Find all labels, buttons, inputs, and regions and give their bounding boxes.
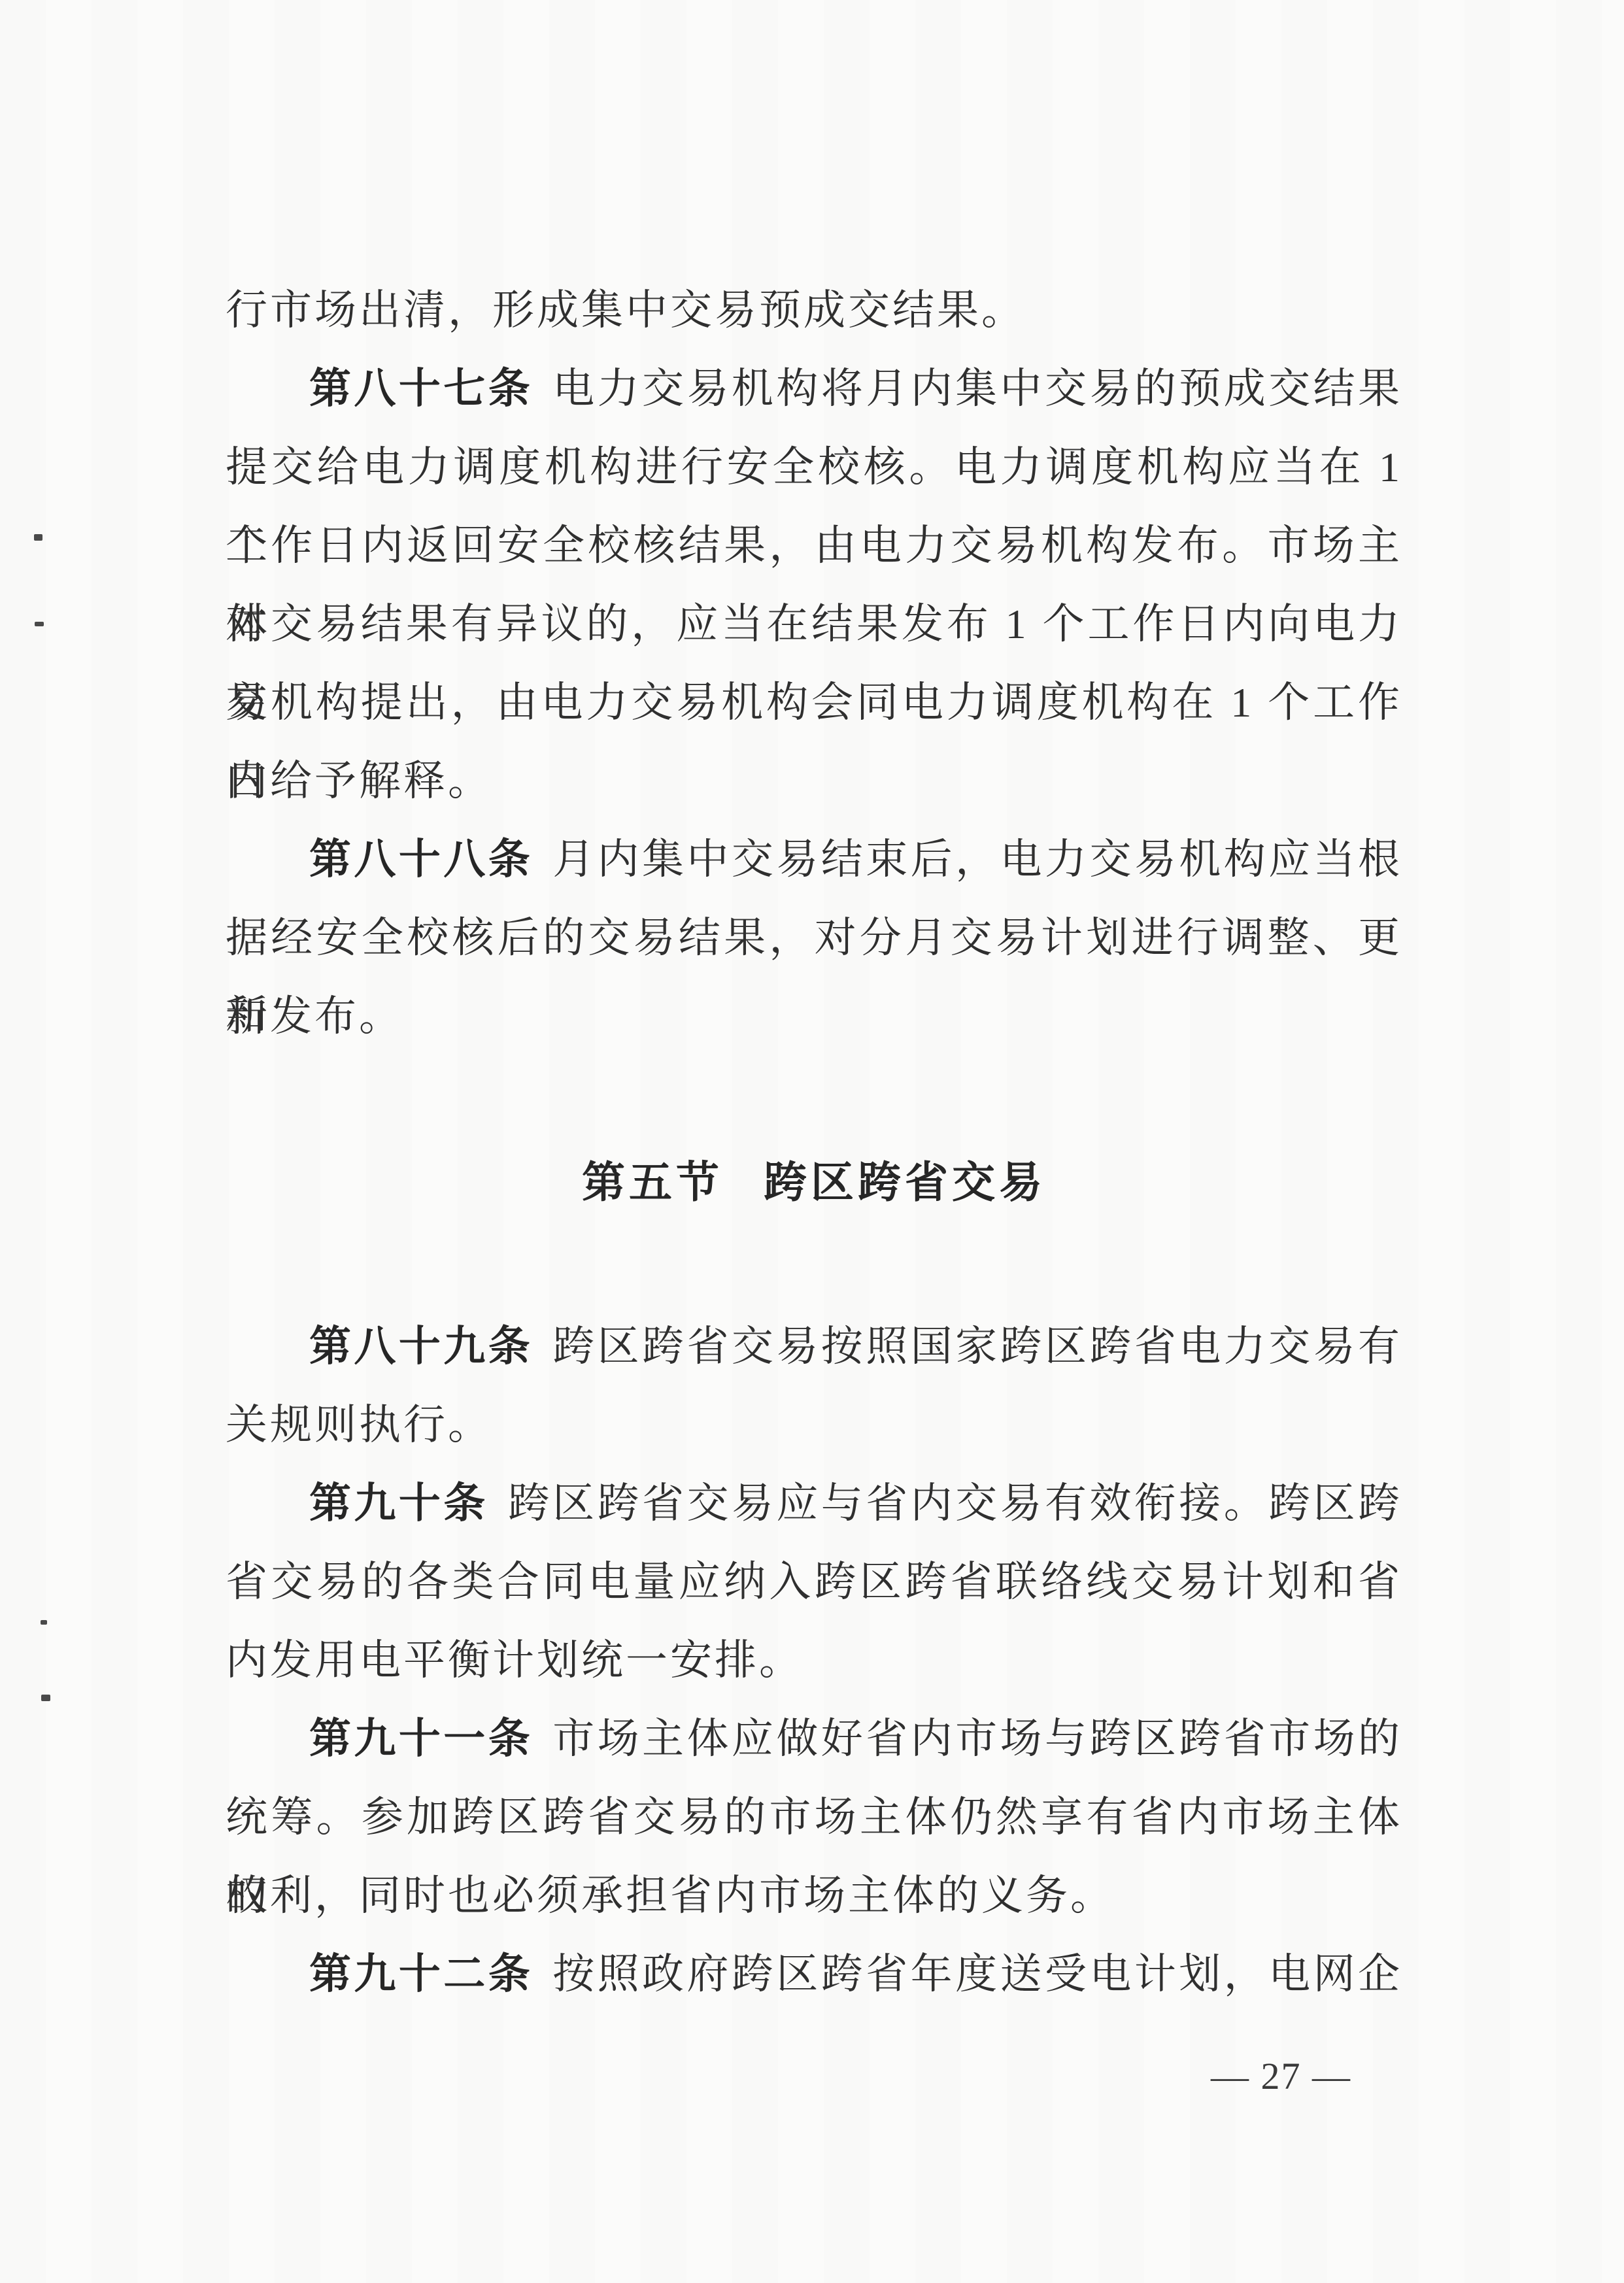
section-number: 第五节 (582, 1159, 723, 1207)
text-column: 行市场出清，形成集中交易预成交结果。 第八十七条电力交易机构将月内集中交易的预成… (226, 271, 1402, 2014)
document-page: 行市场出清，形成集中交易预成交结果。 第八十七条电力交易机构将月内集中交易的预成… (0, 0, 1624, 2283)
line-text: 电力交易机构将月内集中交易的预成交结果 (552, 365, 1402, 412)
article-number: 第九十条 (309, 1480, 488, 1527)
line-text: 按照政府跨区跨省年度送受电计划，电网企 (552, 1951, 1402, 1997)
article-number: 第八十七条 (309, 365, 533, 412)
line-text: 内发用电平衡计划统一安排。 (226, 1637, 804, 1683)
line-text: 内给予解释。 (226, 758, 492, 804)
text-line: 行市场出清，形成集中交易预成交结果。 (226, 271, 1402, 350)
page-number: — 27 — (1211, 2057, 1351, 2096)
text-line: 第八十七条电力交易机构将月内集中交易的预成交结果 (226, 350, 1402, 428)
line-text: 跨区跨省交易应与省内交易有效衔接。跨区跨 (508, 1480, 1402, 1527)
text-line: 第九十二条按照政府跨区跨省年度送受电计划，电网企 (226, 1935, 1402, 2014)
text-line: 内发用电平衡计划统一安排。 (226, 1621, 1402, 1700)
vertical-gap (226, 1223, 1402, 1308)
text-line: 对交易结果有异议的，应当在结果发布 1 个工作日内向电力交 (226, 585, 1402, 664)
line-text: 月内集中交易结束后，电力交易机构应当根 (552, 836, 1402, 883)
text-line: 内给予解释。 (226, 742, 1402, 820)
text-line: 和发布。 (226, 977, 1402, 1056)
line-text: 跨区跨省交易按照国家跨区跨省电力交易有 (552, 1323, 1402, 1370)
section-title: 跨区跨省交易 (764, 1159, 1046, 1207)
text-line: 易机构提出，由电力交易机构会同电力调度机构在 1 个工作日 (226, 664, 1402, 742)
text-line: 统筹。参加跨区跨省交易的市场主体仍然享有省内市场主体的 (226, 1778, 1402, 1857)
scan-speck (41, 1695, 50, 1701)
text-line: 第八十九条跨区跨省交易按照国家跨区跨省电力交易有 (226, 1308, 1402, 1386)
text-line: 权利，同时也必须承担省内市场主体的义务。 (226, 1857, 1402, 1935)
text-line: 第八十八条月内集中交易结束后，电力交易机构应当根 (226, 820, 1402, 899)
scan-speck (35, 622, 44, 626)
article-number: 第九十一条 (309, 1716, 533, 1762)
article-number: 第九十二条 (309, 1951, 533, 1997)
line-text: 省交易的各类合同电量应纳入跨区跨省联络线交易计划和省 (226, 1559, 1402, 1605)
text-line: 据经安全校核后的交易结果，对分月交易计划进行调整、更新 (226, 899, 1402, 977)
article-number: 第八十八条 (309, 836, 533, 883)
text-line: 第九十条跨区跨省交易应与省内交易有效衔接。跨区跨 (226, 1464, 1402, 1543)
section-heading: 第五节跨区跨省交易 (226, 1144, 1402, 1223)
line-text: 权利，同时也必须承担省内市场主体的义务。 (226, 1872, 1115, 1919)
text-line: 第九十一条市场主体应做好省内市场与跨区跨省市场的 (226, 1700, 1402, 1778)
line-text: 和发布。 (226, 993, 403, 1040)
text-line: 工作日内返回安全校核结果，由电力交易机构发布。市场主体 (226, 507, 1402, 585)
line-text: 市场主体应做好省内市场与跨区跨省市场的 (552, 1716, 1402, 1762)
text-line: 省交易的各类合同电量应纳入跨区跨省联络线交易计划和省 (226, 1543, 1402, 1621)
article-number: 第八十九条 (309, 1323, 533, 1370)
text-line: 提交给电力调度机构进行安全校核。电力调度机构应当在 1 个 (226, 428, 1402, 507)
scan-speck (34, 534, 42, 541)
line-text: 行市场出清，形成集中交易预成交结果。 (226, 287, 1026, 333)
text-line: 关规则执行。 (226, 1386, 1402, 1464)
line-text: 关规则执行。 (226, 1402, 492, 1448)
vertical-gap (226, 1056, 1402, 1144)
scan-speck (41, 1620, 47, 1625)
